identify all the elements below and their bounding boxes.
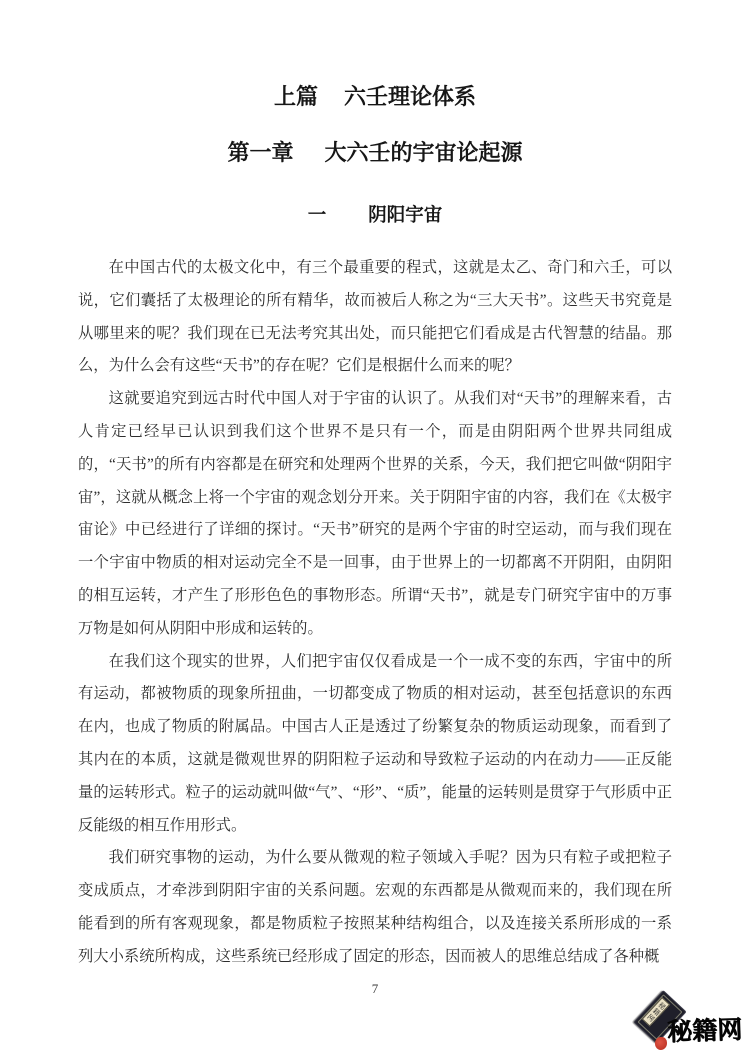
watermark-site-name: 秘籍网 [666, 1010, 742, 1049]
section-title: 一 阴阳宇宙 [78, 204, 672, 226]
paragraph-2: 这就要追究到远古时代中国人对于宇宙的认识了。从我们对“天书”的理解来看，古人肯定… [78, 383, 672, 645]
section-label: 一 [308, 204, 327, 226]
part-name: 六壬理论体系 [344, 84, 476, 110]
chapter-title: 第一章 大六壬的宇宙论起源 [78, 140, 672, 166]
part-title: 上篇 六壬理论体系 [78, 84, 672, 110]
chapter-label: 第一章 [227, 140, 293, 166]
section-name: 阴阳宇宙 [368, 204, 442, 226]
page-content: 上篇 六壬理论体系 第一章 大六壬的宇宙论起源 一 阴阳宇宙 在中国古代的太极文… [0, 0, 750, 974]
paragraph-3: 在我们这个现实的世界，人们把宇宙仅仅看成是一个一成不变的东西，宇宙中的所有运动，… [78, 646, 672, 843]
red-seal-icon [655, 1037, 667, 1050]
book-cover-label-text: 秘籍网 [645, 1001, 666, 1023]
paragraph-1: 在中国古代的太极文化中，有三个最重要的程式，这就是太乙、奇门和六壬，可以说，它们… [78, 252, 672, 383]
body-text: 在中国古代的太极文化中，有三个最重要的程式，这就是太乙、奇门和六壬，可以说，它们… [78, 252, 672, 974]
document-page: 上篇 六壬理论体系 第一章 大六壬的宇宙论起源 一 阴阳宇宙 在中国古代的太极文… [0, 0, 750, 1060]
chapter-name: 大六壬的宇宙论起源 [325, 140, 523, 166]
paragraph-4: 我们研究事物的运动，为什么要从微观的粒子领域入手呢？因为只有粒子或把粒子变成质点… [78, 842, 672, 973]
mijiwang-watermark: 秘籍网 秘籍网 [618, 983, 750, 1060]
part-label: 上篇 [274, 84, 318, 110]
